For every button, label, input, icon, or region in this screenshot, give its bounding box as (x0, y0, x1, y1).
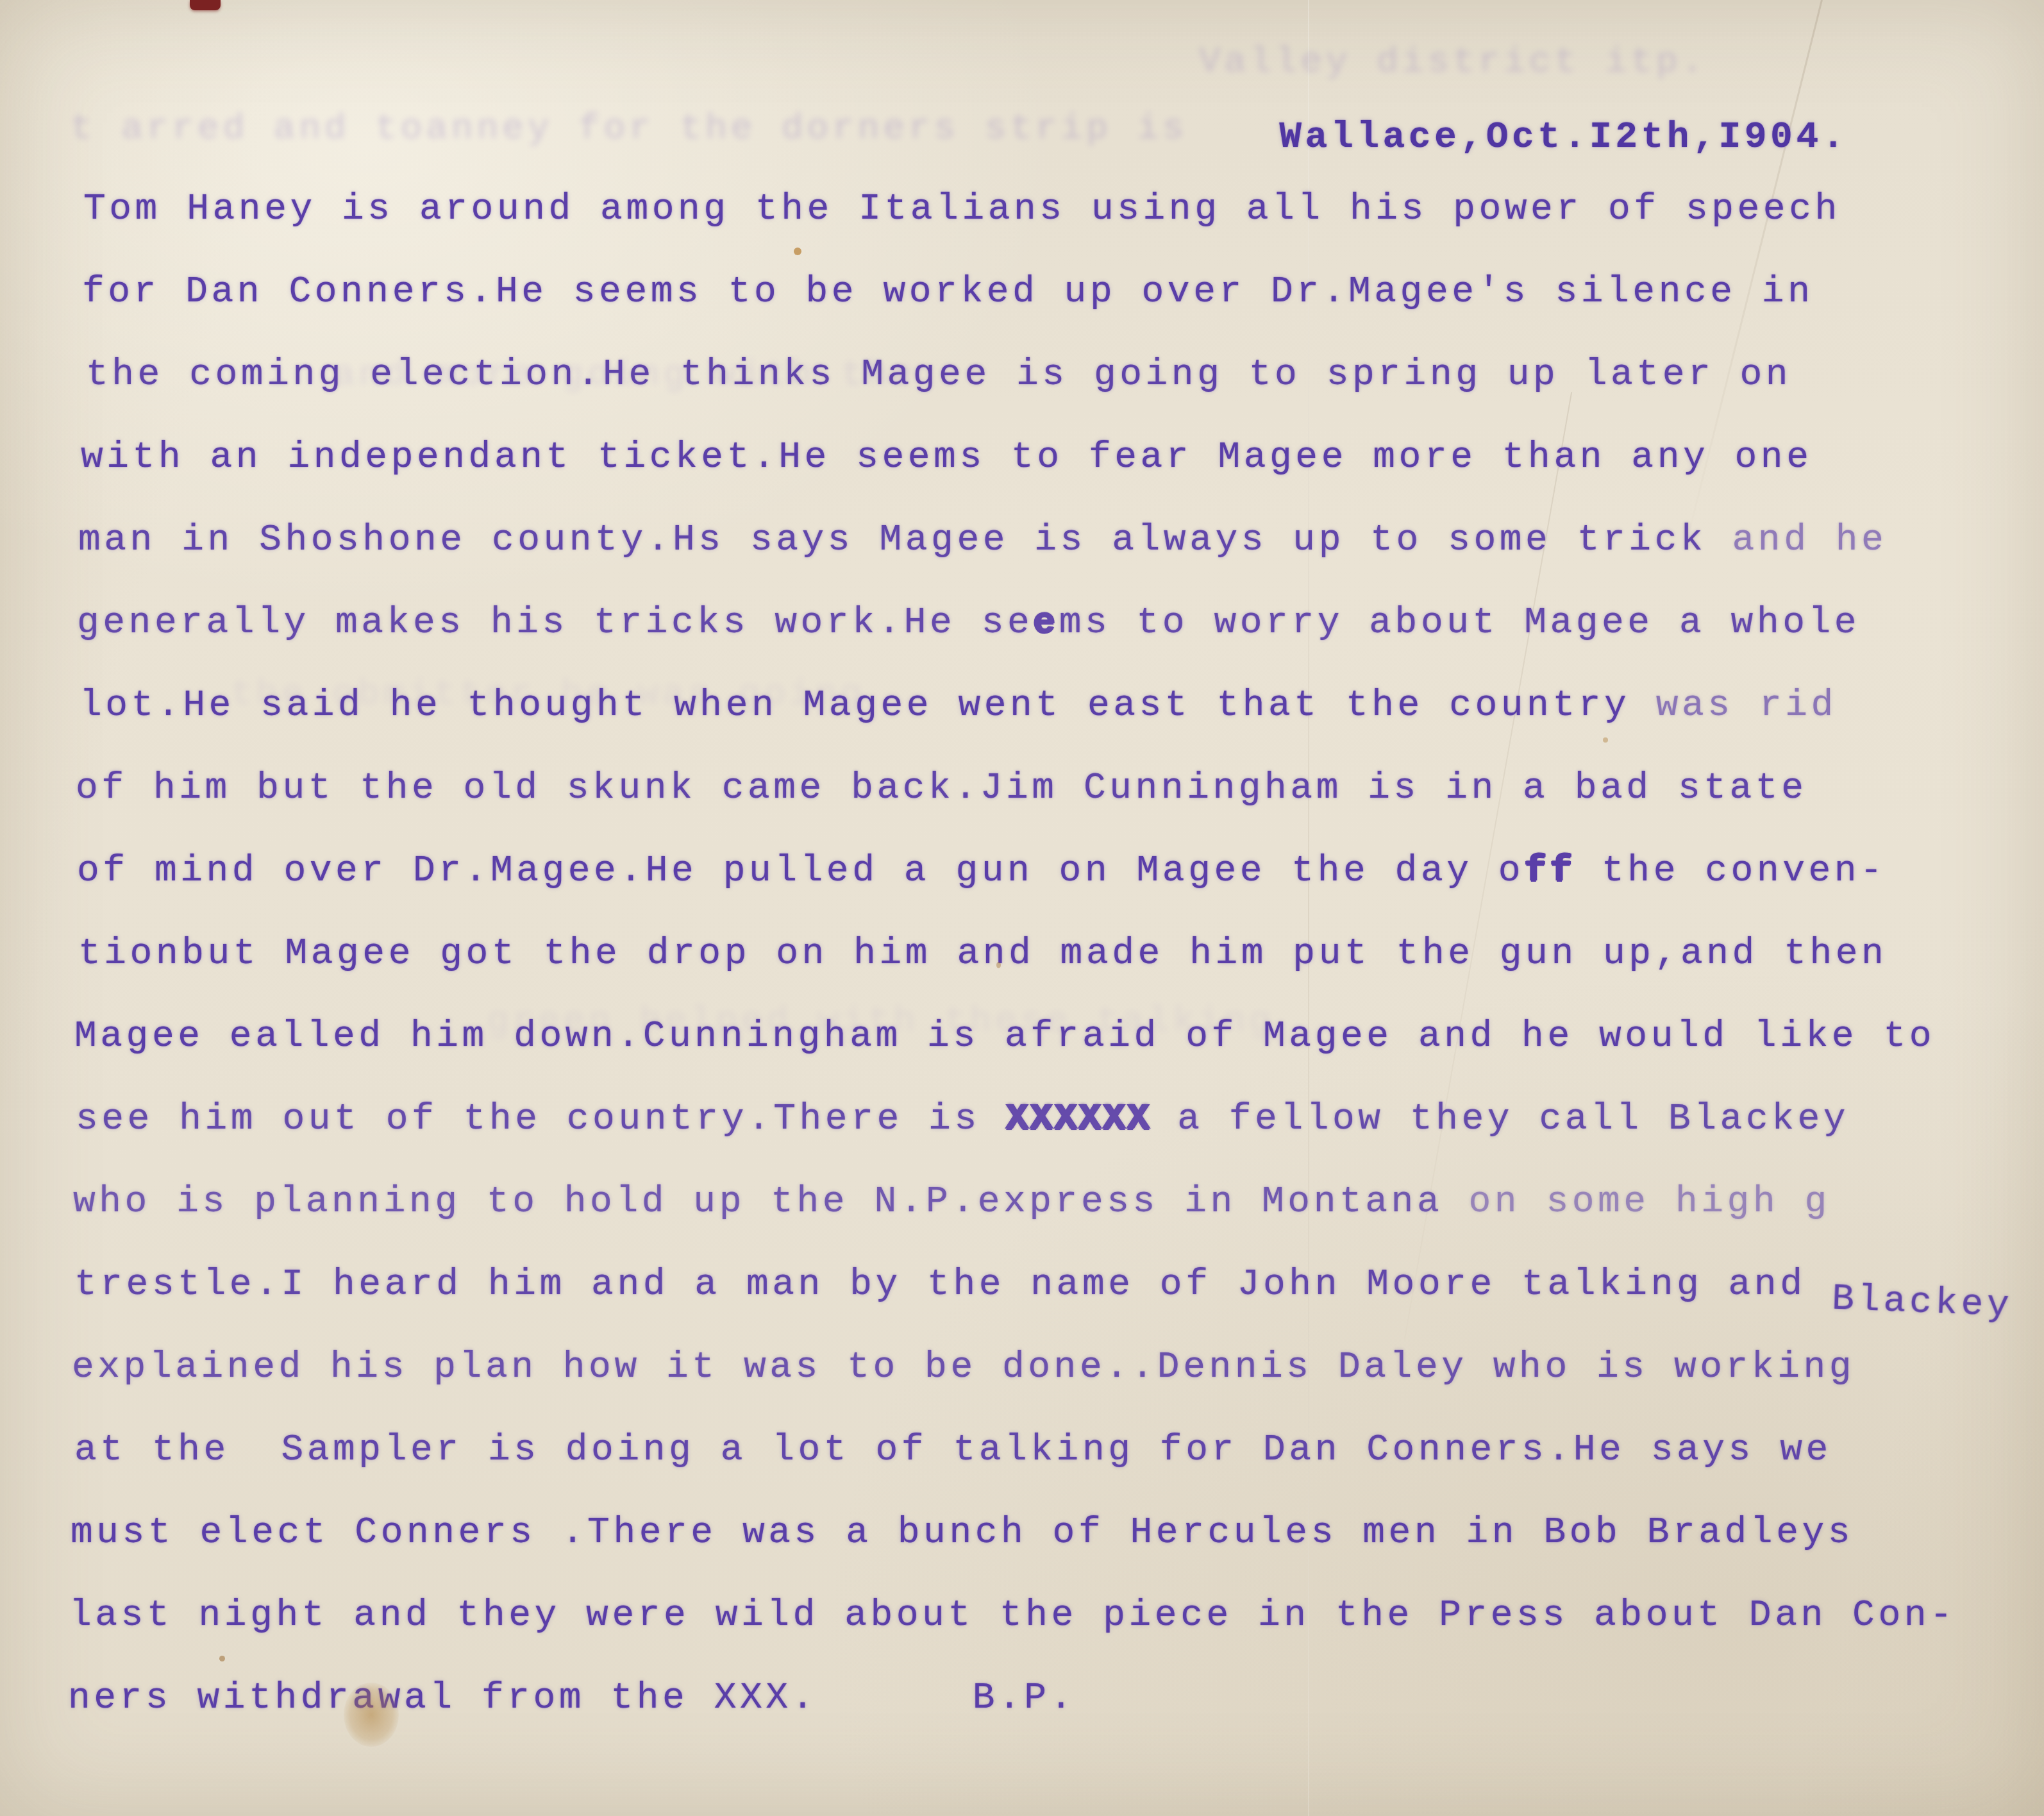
text-line: generally makes his tricks work.He seems… (77, 582, 2044, 664)
text-line: last night and they were wild about the … (69, 1574, 2044, 1657)
text-segment: trestle.I heard him and a man by the nam… (74, 1264, 1832, 1306)
text-line: explained his plan how it was to be done… (72, 1326, 2044, 1409)
text-segment: a fellow they call Blackey (1152, 1098, 1849, 1140)
text-line: of him but the old skunk came back.Jim C… (76, 747, 2044, 830)
text-segment: must elect Conners .There was a bunch of… (71, 1512, 1854, 1554)
text-segment: and he (1732, 519, 1888, 561)
text-segment: for Dan Conners.He seems to be worked up… (82, 271, 1813, 313)
dateline: Wallace,Oct.I2th,I904. (0, 96, 1848, 179)
text-line: Tom Haney is around among the Italians u… (83, 168, 2044, 251)
text-segment: explained his plan how it was to be done… (72, 1347, 1855, 1388)
text-line: man in Shoshone county.Hs says Magee is … (78, 499, 2044, 582)
text-line: see him out of the country.There is XXXX… (76, 1078, 2044, 1161)
text-line: the coming election.He thinks Magee is g… (86, 333, 2044, 416)
text-segment: tionbut Magee got the drop on him and ma… (78, 933, 1887, 975)
text-segment: ff (1524, 850, 1576, 892)
text-segment: the coming election.He thinks Magee is g… (86, 354, 1791, 396)
text-line: must elect Conners .There was a bunch of… (71, 1492, 2044, 1574)
text-segment: e (1033, 602, 1059, 644)
text-segment: man in Shoshone county.Hs says Magee is … (78, 519, 1732, 561)
text-segment: ms to worry about Magee a whole (1059, 602, 1860, 644)
text-segment: Tom Haney is around among the Italians u… (83, 189, 1841, 230)
text-segment: ners withdrawal from the XXX. B.P. (68, 1677, 1076, 1719)
text-segment: lot.He said he thought when Magee went e… (80, 685, 1656, 727)
text-line: at the Sampler is doing a lot of talking… (74, 1409, 2044, 1492)
text-line: tionbut Magee got the drop on him and ma… (78, 912, 2044, 995)
text-segment: of him but the old skunk came back.Jim C… (76, 768, 1807, 809)
text-line: for Dan Conners.He seems to be worked up… (82, 251, 2044, 333)
typed-text-layer: Wallace,Oct.I2th,I904. Tom Haney is arou… (0, 0, 2044, 1816)
text-segment: Magee ealled him down.Cunningham is afra… (74, 1016, 1935, 1057)
text-line: lot.He said he thought when Magee went e… (80, 664, 2044, 747)
text-line: trestle.I heard him and a man by the nam… (74, 1243, 2044, 1326)
text-segment: generally makes his tricks work.He se (77, 602, 1033, 644)
text-line: ners withdrawal from the XXX. B.P. (68, 1657, 2044, 1740)
text-line: of mind over Dr.Magee.He pulled a gun on… (77, 830, 2044, 912)
text-segment: the conven- (1576, 850, 1886, 892)
text-line: Magee ealled him down.Cunningham is afra… (74, 995, 2044, 1078)
text-segment: of mind over Dr.Magee.He pulled a gun on… (77, 850, 1524, 892)
text-segment: was rid (1656, 685, 1837, 727)
text-segment: last night and they were wild about the … (69, 1595, 1956, 1636)
text-segment: who is planning to hold up the N.P.expre… (73, 1181, 1469, 1223)
text-segment: on some high g (1469, 1181, 1830, 1223)
text-line: who is planning to hold up the N.P.expre… (73, 1161, 2044, 1243)
text-segment: XXXXXX (1006, 1098, 1152, 1140)
text-segment: at the Sampler is doing a lot of talking… (74, 1429, 1832, 1471)
text-segment: see him out of the country.There is (76, 1098, 1006, 1140)
text-segment: with an independant ticket.He seems to f… (81, 437, 1812, 478)
letter-page: Valley district itp.t arred and toanney … (0, 0, 2044, 1816)
document-body: Tom Haney is around among the Italians u… (82, 168, 2044, 1740)
text-line: with an independant ticket.He seems to f… (81, 416, 2044, 499)
